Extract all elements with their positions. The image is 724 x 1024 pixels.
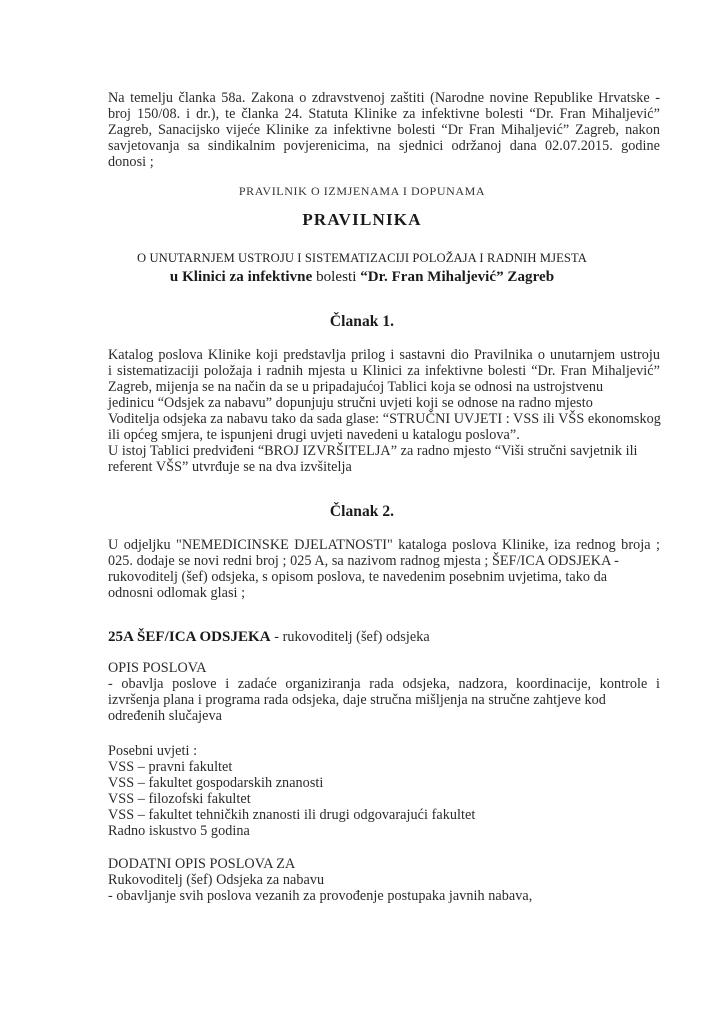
condition-line: VSS – pravni fakultet [108, 759, 660, 775]
institution-normal: bolesti [312, 269, 360, 285]
opis-line: - obavlja poslove i zadaće organiziranja… [108, 676, 660, 692]
additional-line: DODATNI OPIS POSLOVA ZA [108, 856, 660, 872]
preamble-line: broj 150/08. i dr.), te članka 24. Statu… [108, 106, 660, 122]
article-1-title: Članak 1. [0, 313, 724, 331]
heading-subtitle: O UNUTARNJEM USTROJU I SISTEMATIZACIJI P… [0, 250, 724, 266]
article-2-line: 025. dodaje se novi redni broj ; 025 A, … [108, 553, 660, 569]
article-2-line: odnosni odlomak glasi ; [108, 585, 660, 601]
condition-line: VSS – fakultet tehničkih znanosti ili dr… [108, 807, 660, 823]
additional-line: Rukovoditelj (šef) Odsjeka za nabavu [108, 872, 660, 888]
article-1-line: U istoj Tablici predviđeni “BROJ IZVRŠIT… [108, 443, 660, 459]
heading-subtitle-institution: u Klinici za infektivne bolesti “Dr. Fra… [0, 268, 724, 286]
heading-small: PRAVILNIK O IZMJENAMA I DOPUNAMA [0, 183, 724, 199]
article-2-title: Članak 2. [0, 503, 724, 521]
opis-line: određenih slučajeva [108, 708, 660, 724]
article-1-line: Zagreb, mijenja se na način da se u prip… [108, 379, 660, 395]
article-1-line: i sistematizaciji položaja i radnih mjes… [108, 363, 660, 379]
preamble-line: savjetovanja sa sindikalnim povjerenicim… [108, 138, 660, 154]
article-1-line: Voditelja odsjeka za nabavu tako da sada… [108, 411, 660, 427]
preamble-line: Zagreb, Sanacijsko vijeće Klinike za inf… [108, 122, 660, 138]
opis-line: izvršenja plana i programa rada odsjeka,… [108, 692, 660, 708]
article-1-line: ili općeg smjera, te ispunjeni drugi uvj… [108, 427, 660, 443]
article-1-line: Katalog poslova Klinike koji predstavlja… [108, 347, 660, 363]
article-1-line: jedinicu “Odsjek za nabavu” dopunjuju st… [108, 395, 660, 411]
position-heading: 25A ŠEF/ICA ODSJEKA - rukovoditelj (šef)… [108, 628, 660, 646]
heading-title: PRAVILNIKA [0, 210, 724, 230]
condition-line: Posebni uvjeti : [108, 743, 660, 759]
additional-line: - obavljanje svih poslova vezanih za pro… [108, 888, 660, 904]
position-heading-rest: - rukovoditelj (šef) odsjeka [271, 629, 430, 645]
opis-title: OPIS POSLOVA [108, 660, 660, 676]
condition-line: VSS – filozofski fakultet [108, 791, 660, 807]
position-heading-bold: 25A ŠEF/ICA ODSJEKA [108, 629, 271, 645]
article-1-line: referent VŠS” utvrđuje se na dva izvšite… [108, 459, 660, 475]
preamble-line: donosi ; [108, 154, 660, 170]
institution-bold-2: “Dr. Fran Mihaljević” Zagreb [360, 269, 554, 285]
article-2-line: rukovoditelj (šef) odsjeka, s opisom pos… [108, 569, 660, 585]
institution-bold: u Klinici za infektivne [170, 269, 312, 285]
condition-line: Radno iskustvo 5 godina [108, 823, 660, 839]
article-2-line: U odjeljku "NEMEDICINSKE DJELATNOSTI" ka… [108, 537, 660, 553]
condition-line: VSS – fakultet gospodarskih znanosti [108, 775, 660, 791]
preamble-line: Na temelju članka 58a. Zakona o zdravstv… [108, 90, 660, 106]
